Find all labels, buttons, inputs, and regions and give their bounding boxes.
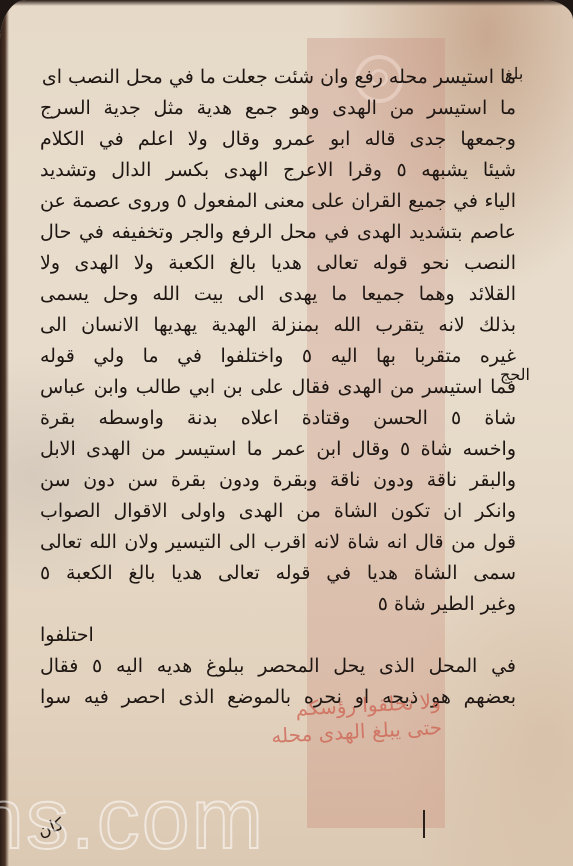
text-line: والبقر ناقة ودون ناقة وبقرة ودون بقرة سن… [40,465,516,496]
main-text-block: ما استيسر محله رفع وان شئت جعلت ما في مح… [40,62,516,713]
text-line: وغير الطير شاة ٥ [40,589,516,620]
text-line: ما استيسر محله رفع وان شئت جعلت ما في مح… [40,62,516,93]
ink-stroke [423,810,425,838]
text-line: بذلك لانه يتقرب الله بمنزلة الهدية يهديه… [40,310,516,341]
text-line: احتلفوا [40,620,516,651]
catchword: كان [35,814,66,842]
page-top-edge [0,0,573,6]
text-line: الياء في جميع القران على معنى المفعول ٥ … [40,186,516,217]
text-line: في المحل الذى يحل المحصر ببلوغ هديه اليه… [40,651,516,682]
watermark-text: ns.com [0,776,265,862]
text-line: شيئا يشبهه ٥ وقرا الاعرج الهدى بكسر الدا… [40,155,516,186]
text-line: قول من قال انه شاة لانه اقرب الى التيسير… [40,527,516,558]
text-line: فما استيسر من الهدى فقال على بن ابي طالب… [40,372,516,403]
text-line: القلائد وهما جميعا ما يهدى الى بيت الله … [40,279,516,310]
text-line: النصب نحو قوله تعالى هديا بالغ الكعبة ول… [40,248,516,279]
binding-edge [0,0,9,866]
text-line: واخسه شاة ٥ وقال ابن عمر ما استيسر من ال… [40,434,516,465]
text-line: عاصم بتشديد الهدى في محل الرفع والجر وتخ… [40,217,516,248]
text-line: شاة ٥ الحسن وقتادة اعلاه بدنة واوسطه بقر… [40,403,516,434]
text-line: سمى الشاة هديا في قوله تعالى هديا بالغ ا… [40,558,516,589]
text-line: وجمعها جدى قاله ابو عمرو وقال ولا اعلم ف… [40,124,516,155]
text-line: غيره متقربا بها اليه ٥ واختلفوا في ما ول… [40,341,516,372]
manuscript-page: بلغ الحج ما استيسر محله رفع وان شئت جعلت… [0,0,573,866]
text-line: ما استيسر من الهدى وهو جمع هدية مثل جدية… [40,93,516,124]
text-line: وانكر ان تكون الشاة من الهدى واولى الاقو… [40,496,516,527]
